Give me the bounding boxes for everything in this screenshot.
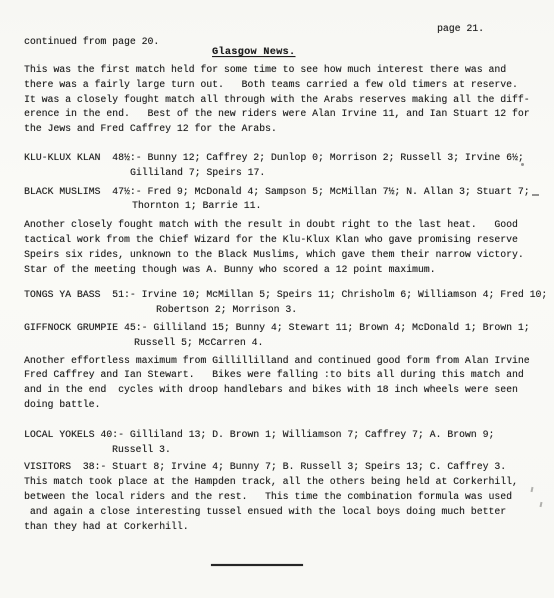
result-block: GIFFNOCK GRUMPIE 45:- Gilliland 15; Bunn… bbox=[24, 321, 548, 351]
result-block: TONGS YA BASS 51:- Irvine 10; McMillan 5… bbox=[24, 288, 548, 318]
scan-speck bbox=[521, 163, 524, 166]
page-number: page 21. bbox=[437, 23, 484, 34]
result-line: Thornton 1; Barrie 11. bbox=[24, 199, 548, 214]
result-line: Robertson 2; Morrison 3. bbox=[24, 303, 548, 318]
paragraph-line: Speirs six rides, unknown to the Black M… bbox=[24, 248, 548, 263]
paragraph-block: This was the first match held for some t… bbox=[24, 63, 548, 137]
result-line: Russell 3. bbox=[24, 443, 548, 458]
result-line: VISITORS 38:- Stuart 8; Irvine 4; Bunny … bbox=[24, 460, 548, 475]
result-line: GIFFNOCK GRUMPIE 45:- Gilliland 15; Bunn… bbox=[24, 321, 548, 336]
result-block: VISITORS 38:- Stuart 8; Irvine 4; Bunny … bbox=[24, 460, 548, 475]
article-body: This was the first match held for some t… bbox=[24, 63, 548, 534]
result-line: KLU-KLUX KLAN 48½:- Bunny 12; Caffrey 2;… bbox=[24, 151, 548, 166]
paragraph-line: This match took place at the Hampden tra… bbox=[24, 475, 548, 490]
result-line: LOCAL YOKELS 40:- Gilliland 13; D. Brown… bbox=[24, 428, 548, 443]
document-page: page 21. continued from page 20. Glasgow… bbox=[0, 0, 554, 598]
paragraph-line: than they had at Corkerhill. bbox=[24, 520, 548, 535]
paragraph-block: This match took place at the Hampden tra… bbox=[24, 475, 548, 534]
paragraph-line: tactical work from the Chief Wizard for … bbox=[24, 233, 548, 248]
page-title: Glasgow News. bbox=[212, 47, 295, 58]
scan-speck bbox=[532, 194, 539, 196]
result-block: BLACK MUSLIMS 47½:- Fred 9; McDonald 4; … bbox=[24, 185, 548, 215]
result-line: TONGS YA BASS 51:- Irvine 10; McMillan 5… bbox=[24, 288, 548, 303]
paragraph-line: This was the first match held for some t… bbox=[24, 63, 548, 78]
paragraph-line: the Jews and Fred Caffrey 12 for the Ara… bbox=[24, 122, 548, 137]
result-line: BLACK MUSLIMS 47½:- Fred 9; McDonald 4; … bbox=[24, 185, 548, 200]
result-block: KLU-KLUX KLAN 48½:- Bunny 12; Caffrey 2;… bbox=[24, 151, 548, 181]
paragraph-block: Another closely fought match with the re… bbox=[24, 218, 548, 277]
paragraph-line: between the local riders and the rest. T… bbox=[24, 490, 548, 505]
paragraph-line: there was a fairly large turn out. Both … bbox=[24, 78, 548, 93]
paragraph-line: and in the end cycles with droop handleb… bbox=[24, 383, 548, 398]
paragraph-line: It was a closely fought match all throug… bbox=[24, 93, 548, 108]
paragraph-line: and again a close interesting tussel ens… bbox=[24, 505, 548, 520]
result-line: Gilliland 7; Speirs 17. bbox=[24, 166, 548, 181]
paragraph-line: doing battle. bbox=[24, 398, 548, 413]
end-of-article-rule bbox=[211, 564, 303, 566]
continued-from-note: continued from page 20. bbox=[24, 36, 159, 47]
paragraph-line: Fred Caffrey and Ian Stewart. Bikes were… bbox=[24, 368, 548, 383]
paragraph-block: Another effortless maximum from Gillilli… bbox=[24, 354, 548, 413]
result-block: LOCAL YOKELS 40:- Gilliland 13; D. Brown… bbox=[24, 428, 548, 458]
paragraph-line: erence in the end. Best of the new rider… bbox=[24, 107, 548, 122]
paragraph-line: Another effortless maximum from Gillilli… bbox=[24, 354, 548, 369]
paragraph-line: Star of the meeting though was A. Bunny … bbox=[24, 263, 548, 278]
result-line: Russell 5; McCarren 4. bbox=[24, 336, 548, 351]
paragraph-line: Another closely fought match with the re… bbox=[24, 218, 548, 233]
